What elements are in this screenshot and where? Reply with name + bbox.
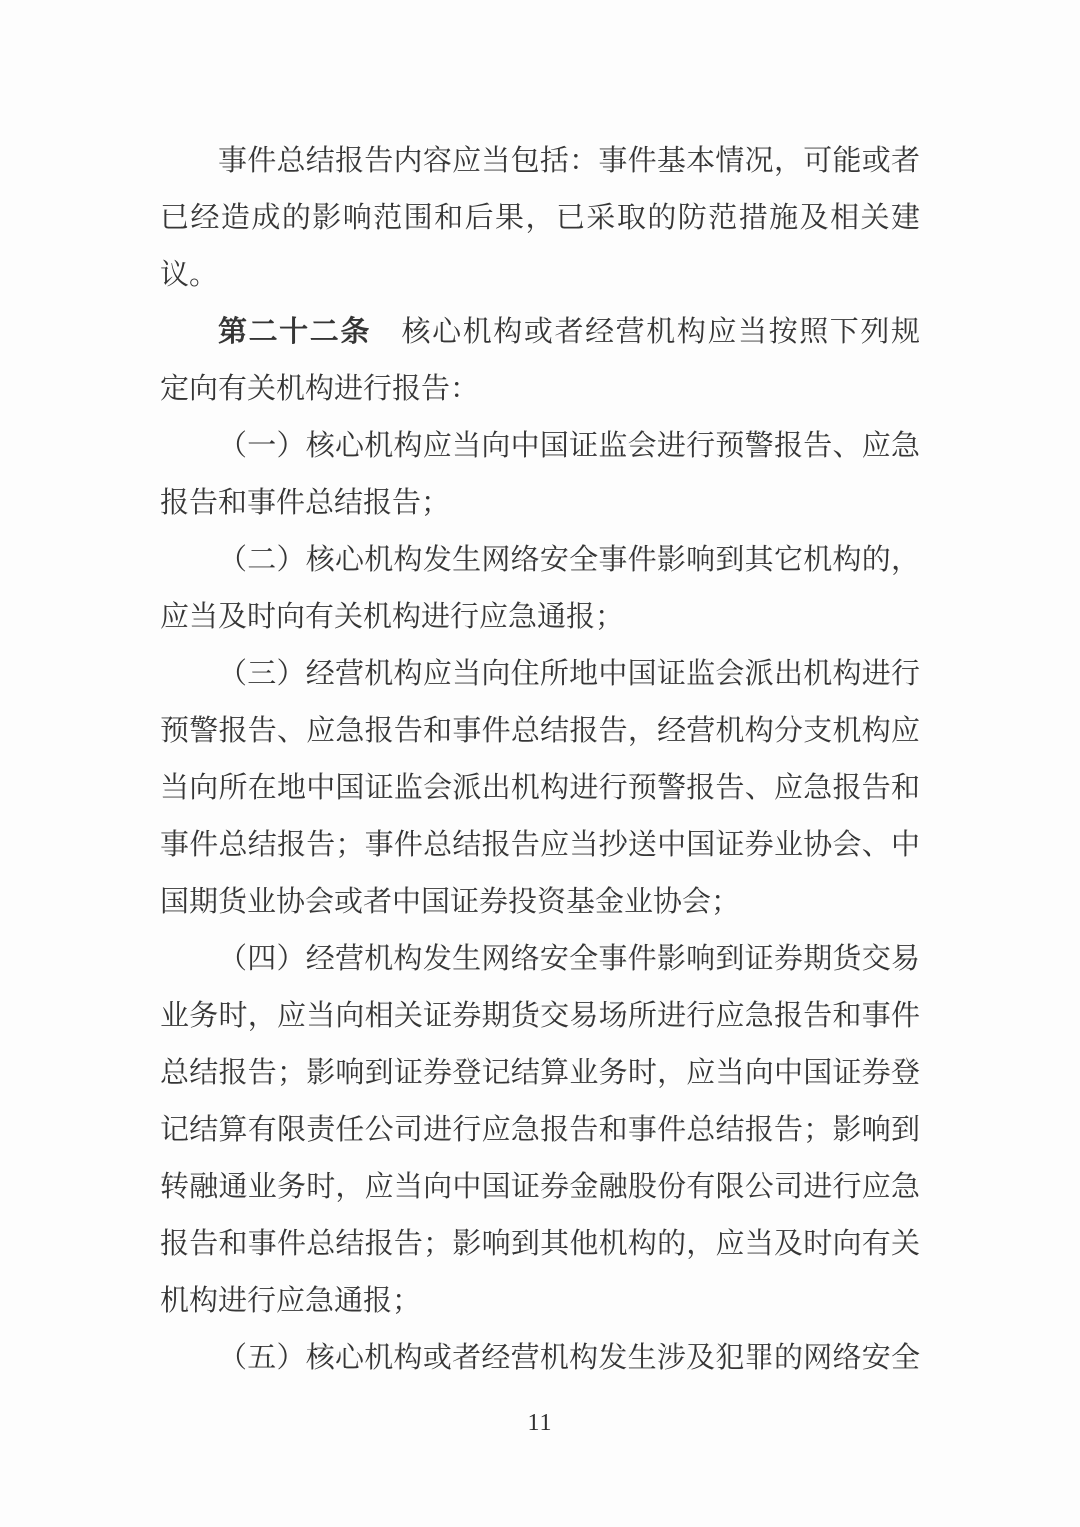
text-line: （五）核心机构或者经营机构发生涉及犯罪的网络安全 bbox=[160, 1330, 920, 1387]
text-segment: 预警报告、应急报告和事件总结报告，经营机构分支机构应 bbox=[160, 715, 920, 747]
text-segment: 当向所在地中国证监会派出机构进行预警报告、应急报告和 bbox=[160, 772, 920, 804]
text-segment: 已经造成的影响范围和后果，已采取的防范措施及相关建 bbox=[160, 202, 920, 234]
text-segment: 应当及时向有关机构进行应急通报； bbox=[160, 601, 624, 633]
paragraph-item-2: （二）核心机构发生网络安全事件影响到其它机构的，应当及时向有关机构进行应急通报； bbox=[160, 532, 920, 646]
text-line: 报告和事件总结报告；影响到其他机构的，应当及时向有关 bbox=[160, 1216, 920, 1273]
text-line: 业务时，应当向相关证券期货交易场所进行应急报告和事件 bbox=[160, 988, 920, 1045]
text-line: 议。 bbox=[160, 247, 920, 304]
text-segment: 国期货业协会或者中国证券投资基金业协会； bbox=[160, 886, 740, 918]
text-line: 机构进行应急通报； bbox=[160, 1273, 920, 1330]
text-segment: （四）经营机构发生网络安全事件影响到证券期货交易 bbox=[218, 943, 920, 975]
text-segment: 事件总结报告内容应当包括：事件基本情况，可能或者 bbox=[218, 145, 920, 177]
text-segment: 转融通业务时，应当向中国证券金融股份有限公司进行应急 bbox=[160, 1171, 920, 1203]
paragraph-item-5: （五）核心机构或者经营机构发生涉及犯罪的网络安全 bbox=[160, 1330, 920, 1387]
text-segment: 核心机构或者经营机构应当按照下列规 bbox=[371, 316, 920, 348]
text-line: 记结算有限责任公司进行应急报告和事件总结报告；影响到 bbox=[160, 1102, 920, 1159]
document-page: 事件总结报告内容应当包括：事件基本情况，可能或者已经造成的影响范围和后果，已采取… bbox=[0, 0, 1080, 1527]
text-segment: （五）核心机构或者经营机构发生涉及犯罪的网络安全 bbox=[218, 1342, 920, 1374]
text-segment: 机构进行应急通报； bbox=[160, 1285, 421, 1317]
text-segment: 报告和事件总结报告； bbox=[160, 487, 450, 519]
text-segment: 总结报告；影响到证券登记结算业务时，应当向中国证券登 bbox=[160, 1057, 920, 1089]
text-line: （二）核心机构发生网络安全事件影响到其它机构的， bbox=[160, 532, 920, 589]
text-line: 当向所在地中国证监会派出机构进行预警报告、应急报告和 bbox=[160, 760, 920, 817]
text-segment: 议。 bbox=[160, 259, 218, 291]
text-segment: 事件总结报告；事件总结报告应当抄送中国证券业协会、中 bbox=[160, 829, 920, 861]
text-segment: 定向有关机构进行报告： bbox=[160, 373, 479, 405]
text-line: 已经造成的影响范围和后果，已采取的防范措施及相关建 bbox=[160, 190, 920, 247]
paragraph-summary-report-content: 事件总结报告内容应当包括：事件基本情况，可能或者已经造成的影响范围和后果，已采取… bbox=[160, 133, 920, 304]
text-line: 转融通业务时，应当向中国证券金融股份有限公司进行应急 bbox=[160, 1159, 920, 1216]
text-line: 预警报告、应急报告和事件总结报告，经营机构分支机构应 bbox=[160, 703, 920, 760]
text-line: 报告和事件总结报告； bbox=[160, 475, 920, 532]
text-segment: （一）核心机构应当向中国证监会进行预警报告、应急 bbox=[218, 430, 920, 462]
text-line: （三）经营机构应当向住所地中国证监会派出机构进行 bbox=[160, 646, 920, 703]
text-segment: 业务时，应当向相关证券期货交易场所进行应急报告和事件 bbox=[160, 1000, 920, 1032]
page-number: 11 bbox=[160, 1408, 920, 1438]
text-segment: 报告和事件总结报告；影响到其他机构的，应当及时向有关 bbox=[160, 1228, 920, 1260]
paragraph-item-4: （四）经营机构发生网络安全事件影响到证券期货交易业务时，应当向相关证券期货交易场… bbox=[160, 931, 920, 1330]
document-body: 事件总结报告内容应当包括：事件基本情况，可能或者已经造成的影响范围和后果，已采取… bbox=[160, 133, 920, 1387]
text-segment: 记结算有限责任公司进行应急报告和事件总结报告；影响到 bbox=[160, 1114, 920, 1146]
text-line: 事件总结报告；事件总结报告应当抄送中国证券业协会、中 bbox=[160, 817, 920, 874]
text-line: 总结报告；影响到证券登记结算业务时，应当向中国证券登 bbox=[160, 1045, 920, 1102]
text-line: （四）经营机构发生网络安全事件影响到证券期货交易 bbox=[160, 931, 920, 988]
text-segment: （三）经营机构应当向住所地中国证监会派出机构进行 bbox=[218, 658, 920, 690]
paragraph-article-22: 第二十二条 核心机构或者经营机构应当按照下列规定向有关机构进行报告： bbox=[160, 304, 920, 418]
text-line: 第二十二条 核心机构或者经营机构应当按照下列规 bbox=[160, 304, 920, 361]
text-line: 国期货业协会或者中国证券投资基金业协会； bbox=[160, 874, 920, 931]
text-line: 应当及时向有关机构进行应急通报； bbox=[160, 589, 920, 646]
text-segment: （二）核心机构发生网络安全事件影响到其它机构的， bbox=[218, 544, 920, 576]
text-line: 事件总结报告内容应当包括：事件基本情况，可能或者 bbox=[160, 133, 920, 190]
text-line: （一）核心机构应当向中国证监会进行预警报告、应急 bbox=[160, 418, 920, 475]
paragraph-item-1: （一）核心机构应当向中国证监会进行预警报告、应急报告和事件总结报告； bbox=[160, 418, 920, 532]
article-number: 第二十二条 bbox=[218, 316, 371, 348]
text-line: 定向有关机构进行报告： bbox=[160, 361, 920, 418]
paragraph-item-3: （三）经营机构应当向住所地中国证监会派出机构进行预警报告、应急报告和事件总结报告… bbox=[160, 646, 920, 931]
